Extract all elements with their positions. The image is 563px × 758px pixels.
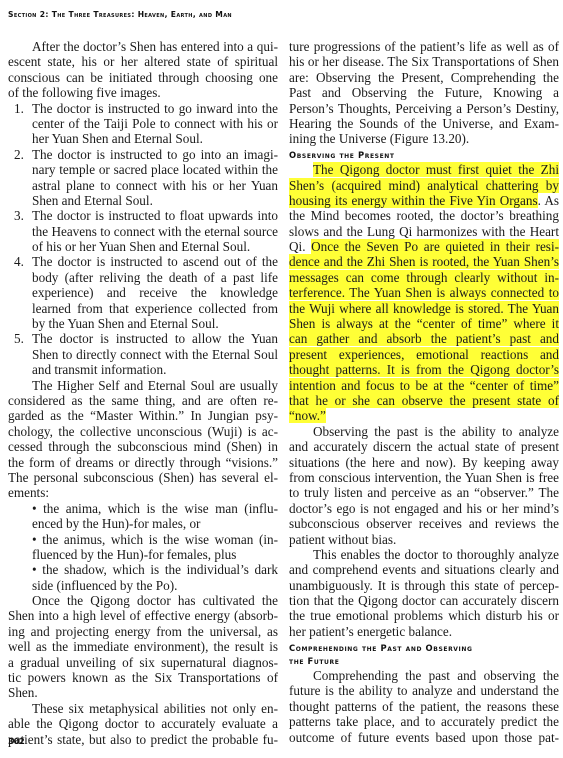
line-text: and comprehend events and situations cle…: [289, 562, 559, 577]
line-text: the Heavens to connect with the eternal …: [32, 224, 278, 239]
text-line: escent state, his or her altered state o…: [8, 54, 278, 69]
text-segment: . As: [538, 193, 559, 208]
text-line: 1.The doctor is instructed to go inward …: [8, 101, 278, 116]
line-text: of the following five images.: [8, 85, 161, 100]
highlighted-text: terference. The Yuan Shen is always conn…: [289, 285, 559, 300]
text-line: cessed through the subconscious mind (Sh…: [8, 439, 278, 454]
text-line: his or her disease. The Six Transportati…: [289, 54, 559, 69]
line-text: After the doctor’s Shen has entered into…: [32, 39, 278, 54]
text-line: the Wuji where all knowledge is stored. …: [289, 301, 559, 316]
line-text: his or her disease. The Six Transportati…: [289, 54, 559, 69]
text-line: patient’s state, but also to predict the…: [8, 732, 278, 747]
highlighted-text: housing its energy within the Five Yin O…: [289, 193, 538, 208]
text-line: messages can come through clearly withou…: [289, 270, 559, 285]
text-line: Qi. Once the Seven Po are quieted in the…: [289, 239, 559, 254]
line-text: learned from that experience collected f…: [32, 301, 278, 316]
line-text: considered as the same thing, and are of…: [8, 393, 278, 408]
text-line: present experiences, emotional reactions…: [289, 347, 559, 362]
text-line: “now.”: [289, 408, 559, 423]
text-line: terference. The Yuan Shen is always conn…: [289, 285, 559, 300]
text-line: and accurately discern the actual state …: [289, 439, 559, 454]
highlighted-text: Shen’s (acquired mind) analytical chatte…: [289, 178, 559, 193]
text-line: center of the Taiji Pole to connect with…: [8, 116, 278, 131]
text-line: and transmit information.: [8, 362, 278, 377]
text-line: her Yuan Shen and Eternal Soul.: [8, 131, 278, 146]
text-line: Comprehending the past and observing the: [289, 668, 559, 683]
text-line: chology, the collective unconscious (Wuj…: [8, 424, 278, 439]
line-text: Shen.: [8, 685, 38, 700]
text-line: patterns take place, and to accurately p…: [289, 714, 559, 729]
line-text: enced by the Hun)-for males, or: [32, 516, 200, 531]
text-line: ining the Universe (Figure 13.20).: [289, 131, 559, 146]
text-line: Observing the past is the ability to ana…: [289, 424, 559, 439]
text-line: well as the immediate environment), the …: [8, 639, 278, 654]
text-line: The personal subconscious (Shen) has sev…: [8, 470, 278, 485]
line-text: The personal subconscious (Shen) has sev…: [8, 470, 278, 485]
text-line: These six metaphysical abilities not onl…: [8, 701, 278, 716]
text-line: by the Yuan Shen and Eternal Soul.: [8, 316, 278, 331]
line-text: able the Qigong doctor to accurately eva…: [8, 716, 278, 731]
text-line: the Heavens to connect with the eternal …: [8, 224, 278, 239]
text-line: of the following five images.: [8, 85, 278, 100]
line-text: The doctor is instructed to allow the Yu…: [32, 331, 278, 346]
line-text: tion that the Qigong doctor can accurate…: [289, 593, 559, 608]
text-line: Shen into a high level of effective ener…: [8, 608, 278, 623]
line-text: unambiguously. It is through this state …: [289, 578, 559, 593]
text-line: patient without bias.: [289, 532, 559, 547]
line-text: Comprehending the past and observing the: [313, 668, 559, 683]
line-text: her Yuan Shen and Eternal Soul.: [32, 131, 203, 146]
text-line: future is the ability to analyze and und…: [289, 683, 559, 698]
text-line: tion that the Qigong doctor can accurate…: [289, 593, 559, 608]
text-segment: the Mind becomes rooted, the doctor’s br…: [289, 208, 559, 223]
text-line: nary temple or sacred place located with…: [8, 162, 278, 177]
line-text: side (influenced by the Po).: [32, 578, 177, 593]
text-line: intention and focus to be at the “center…: [289, 378, 559, 393]
line-text: thought patterns of the patient, the rea…: [289, 699, 559, 714]
list-number: 5.: [14, 331, 32, 346]
highlighted-text: the Wuji where all knowledge is stored. …: [289, 301, 559, 316]
text-line: can gather and absorb the patient’s past…: [289, 331, 559, 346]
text-line: ements:: [8, 485, 278, 500]
line-text: ing and projecting energy from the unive…: [8, 624, 278, 639]
line-text: ture progressions of the patient’s life …: [289, 39, 559, 54]
list-number: 2.: [14, 147, 32, 162]
text-line: outcome of future events based upon thos…: [289, 730, 559, 745]
line-text: fluenced by the Hun)-for females, plus: [32, 547, 236, 562]
text-line: • the shadow, which is the individual’s …: [8, 562, 278, 577]
intro-paragraph: ture progressions of the patient’s life …: [289, 39, 559, 147]
text-line: learned from that experience collected f…: [8, 301, 278, 316]
text-line: doctor’s ego is not engaged and his or h…: [289, 501, 559, 516]
text-line: the form of dreams or directly through “…: [8, 455, 278, 470]
line-text: by the Yuan Shen and Eternal Soul.: [32, 316, 219, 331]
highlighted-text: intention and focus to be at the “center…: [289, 378, 559, 393]
text-line: ture progressions of the patient’s life …: [289, 39, 559, 54]
highlighted-text: messages can come through clearly withou…: [289, 270, 559, 285]
page-number: 302: [8, 737, 25, 746]
list-number: 1.: [14, 101, 32, 116]
highlighted-text: present experiences, emotional reactions…: [289, 347, 559, 362]
text-line: 4.The doctor is instructed to ascend out…: [8, 254, 278, 269]
text-line: slows and the Lung Qi harmonizes with th…: [289, 224, 559, 239]
line-text: a gradual unveiling of six supernatural …: [8, 655, 278, 670]
text-line: 2.The doctor is instructed to go into an…: [8, 147, 278, 162]
text-line: • the animus, which is the wise woman (i…: [8, 532, 278, 547]
text-line: Past and Observing the Future, Knowing a: [289, 85, 559, 100]
text-line: Shen is always at the “center of time” w…: [289, 316, 559, 331]
line-text: are: Observing the Present, Comprehendin…: [289, 70, 559, 85]
text-line: Once the Qigong doctor has cultivated th…: [8, 593, 278, 608]
running-head: Section 2: The Three Treasures: Heaven, …: [8, 10, 232, 19]
text-line: a gradual unveiling of six supernatural …: [8, 655, 278, 670]
line-text: Shen to directly connect with the Eterna…: [32, 347, 278, 362]
line-text: patterns take place, and to accurately p…: [289, 714, 559, 729]
line-text: • the shadow, which is the individual’s …: [32, 562, 278, 577]
left-column: After the doctor’s Shen has entered into…: [8, 39, 278, 747]
line-text: patient without bias.: [289, 532, 396, 547]
text-line: garded as the “Master Within.” In Jungia…: [8, 408, 278, 423]
text-line: The Qigong doctor must first quiet the Z…: [289, 162, 559, 177]
line-text: chology, the collective unconscious (Wuj…: [8, 424, 278, 439]
highlighted-text: dence and the Zhi Shen is rooted, the Yu…: [289, 254, 559, 269]
text-line: Shen.: [8, 685, 278, 700]
text-segment: Qi.: [289, 239, 311, 254]
line-text: doctor’s ego is not engaged and his or h…: [289, 501, 559, 516]
text-line: conscious can be initiated through choos…: [8, 70, 278, 85]
line-text: future is the ability to analyze and und…: [289, 683, 559, 698]
line-text: from conscious intervention, the Yuan Sh…: [289, 470, 559, 485]
text-line: to truly listen and perceive as an “obse…: [289, 485, 559, 500]
line-text: center of the Taiji Pole to connect with…: [32, 116, 278, 131]
observing-present-highlighted-paragraph: The Qigong doctor must first quiet the Z…: [289, 162, 559, 424]
text-line: fluenced by the Hun)-for females, plus: [8, 547, 278, 562]
text-line: Person’s Thoughts, Perceiving a Person’s…: [289, 101, 559, 116]
text-line: Shen and Eternal Soul.: [8, 193, 278, 208]
heading-observing-present: Observing the Present: [289, 147, 559, 162]
line-text: Shen and Eternal Soul.: [32, 193, 153, 208]
line-text: These six metaphysical abilities not onl…: [32, 701, 278, 716]
text-line: After the doctor’s Shen has entered into…: [8, 39, 278, 54]
line-text: Shen into a high level of effective ener…: [8, 608, 278, 623]
text-line: tic powers known as the Six Transportati…: [8, 670, 278, 685]
line-text: The doctor is instructed to go inward in…: [32, 101, 278, 116]
comprehending-past-body: Comprehending the past and observing the…: [289, 668, 559, 745]
text-line: thought patterns. It is from the Qigong …: [289, 362, 559, 377]
line-text: The Higher Self and Eternal Soul are usu…: [32, 378, 278, 393]
line-text: • the animus, which is the wise woman (i…: [32, 532, 278, 547]
line-text: cessed through the subconscious mind (Sh…: [8, 439, 278, 454]
highlighted-text: “now.”: [289, 408, 326, 423]
highlighted-text: thought patterns. It is from the Qigong …: [289, 362, 559, 377]
line-text: Past and Observing the Future, Knowing a: [289, 85, 559, 100]
line-text: ements:: [8, 485, 49, 500]
text-line: housing its energy within the Five Yin O…: [289, 193, 559, 208]
text-line: unambiguously. It is through this state …: [289, 578, 559, 593]
line-text: This enables the doctor to thoroughly an…: [313, 547, 559, 562]
line-text: subconscious observer receives and revie…: [289, 516, 559, 531]
text-line: Shen’s (acquired mind) analytical chatte…: [289, 178, 559, 193]
line-text: nary temple or sacred place located with…: [32, 162, 278, 177]
text-line: side (influenced by the Po).: [8, 578, 278, 593]
line-text: to truly listen and perceive as an “obse…: [289, 485, 559, 500]
list-number: 4.: [14, 254, 32, 269]
text-line: Shen to directly connect with the Eterna…: [8, 347, 278, 362]
text-line: ing and projecting energy from the unive…: [8, 624, 278, 639]
line-text: The doctor is instructed to float upward…: [32, 208, 278, 223]
line-text: astral plane to connect with his or her …: [32, 178, 278, 193]
text-line: the true emotional problems which distur…: [289, 608, 559, 623]
line-text: patient’s state, but also to predict the…: [8, 732, 278, 747]
text-line: body (after reliving the death of a past…: [8, 270, 278, 285]
text-segment: slows and the Lung Qi harmonizes with th…: [289, 224, 559, 239]
text-line: of his or her Yuan Shen and Eternal Soul…: [8, 239, 278, 254]
text-line: This enables the doctor to thoroughly an…: [289, 547, 559, 562]
line-text: Once the Qigong doctor has cultivated th…: [32, 593, 278, 608]
line-text: and accurately discern the actual state …: [289, 439, 559, 454]
line-text: her patient’s energetic balance.: [289, 624, 452, 639]
highlighted-text: that he or she can observe the present s…: [289, 393, 559, 408]
line-text: tic powers known as the Six Transportati…: [8, 670, 278, 685]
text-line: the Mind becomes rooted, the doctor’s br…: [289, 208, 559, 223]
text-line: • the anima, which is the wise man (infl…: [8, 501, 278, 516]
highlighted-text: The Qigong doctor must first quiet the Z…: [313, 162, 559, 177]
text-line: 5.The doctor is instructed to allow the …: [8, 331, 278, 346]
text-line: thought patterns of the patient, the rea…: [289, 699, 559, 714]
highlighted-text: Once the Seven Po are quieted in their r…: [311, 239, 559, 254]
line-text: outcome of future events based upon thos…: [289, 730, 559, 745]
text-line: enced by the Hun)-for males, or: [8, 516, 278, 531]
line-text: well as the immediate environment), the …: [8, 639, 278, 654]
text-line: and comprehend events and situations cle…: [289, 562, 559, 577]
text-line: that he or she can observe the present s…: [289, 393, 559, 408]
line-text: The doctor is instructed to go into an i…: [32, 147, 278, 162]
line-text: escent state, his or her altered state o…: [8, 54, 278, 69]
text-line: from conscious intervention, the Yuan Sh…: [289, 470, 559, 485]
text-line: situations (the here and now). By keepin…: [289, 455, 559, 470]
text-line: subconscious observer receives and revie…: [289, 516, 559, 531]
observing-present-body: Observing the past is the ability to ana…: [289, 424, 559, 639]
right-column: ture progressions of the patient’s life …: [289, 39, 559, 745]
line-text: experience) and receive the knowledge: [32, 285, 278, 300]
line-text: and transmit information.: [32, 362, 166, 377]
text-line: The Higher Self and Eternal Soul are usu…: [8, 378, 278, 393]
line-text: the form of dreams or directly through “…: [8, 455, 278, 470]
line-text: the true emotional problems which distur…: [289, 608, 559, 623]
text-line: dence and the Zhi Shen is rooted, the Yu…: [289, 254, 559, 269]
line-text: situations (the here and now). By keepin…: [289, 455, 559, 470]
line-text: Observing the past is the ability to ana…: [313, 424, 559, 439]
line-text: ining the Universe (Figure 13.20).: [289, 131, 469, 146]
text-line: her patient’s energetic balance.: [289, 624, 559, 639]
line-text: The doctor is instructed to ascend out o…: [32, 254, 278, 269]
line-text: Hearing the Sounds of the Universe, and …: [289, 116, 559, 131]
line-text: conscious can be initiated through choos…: [8, 70, 278, 85]
line-text: body (after reliving the death of a past…: [32, 270, 278, 285]
text-line: considered as the same thing, and are of…: [8, 393, 278, 408]
line-text: of his or her Yuan Shen and Eternal Soul…: [32, 239, 250, 254]
text-line: able the Qigong doctor to accurately eva…: [8, 716, 278, 731]
list-number: 3.: [14, 208, 32, 223]
text-line: experience) and receive the knowledge: [8, 285, 278, 300]
text-line: 3.The doctor is instructed to float upwa…: [8, 208, 278, 223]
highlighted-text: can gather and absorb the patient’s past…: [289, 331, 559, 346]
text-line: Hearing the Sounds of the Universe, and …: [289, 116, 559, 131]
line-text: Person’s Thoughts, Perceiving a Person’s…: [289, 101, 559, 116]
line-text: • the anima, which is the wise man (infl…: [32, 501, 278, 516]
text-line: astral plane to connect with his or her …: [8, 178, 278, 193]
highlighted-text: Shen is always at the “center of time” w…: [289, 316, 559, 331]
text-line: are: Observing the Present, Comprehendin…: [289, 70, 559, 85]
line-text: garded as the “Master Within.” In Jungia…: [8, 408, 278, 423]
